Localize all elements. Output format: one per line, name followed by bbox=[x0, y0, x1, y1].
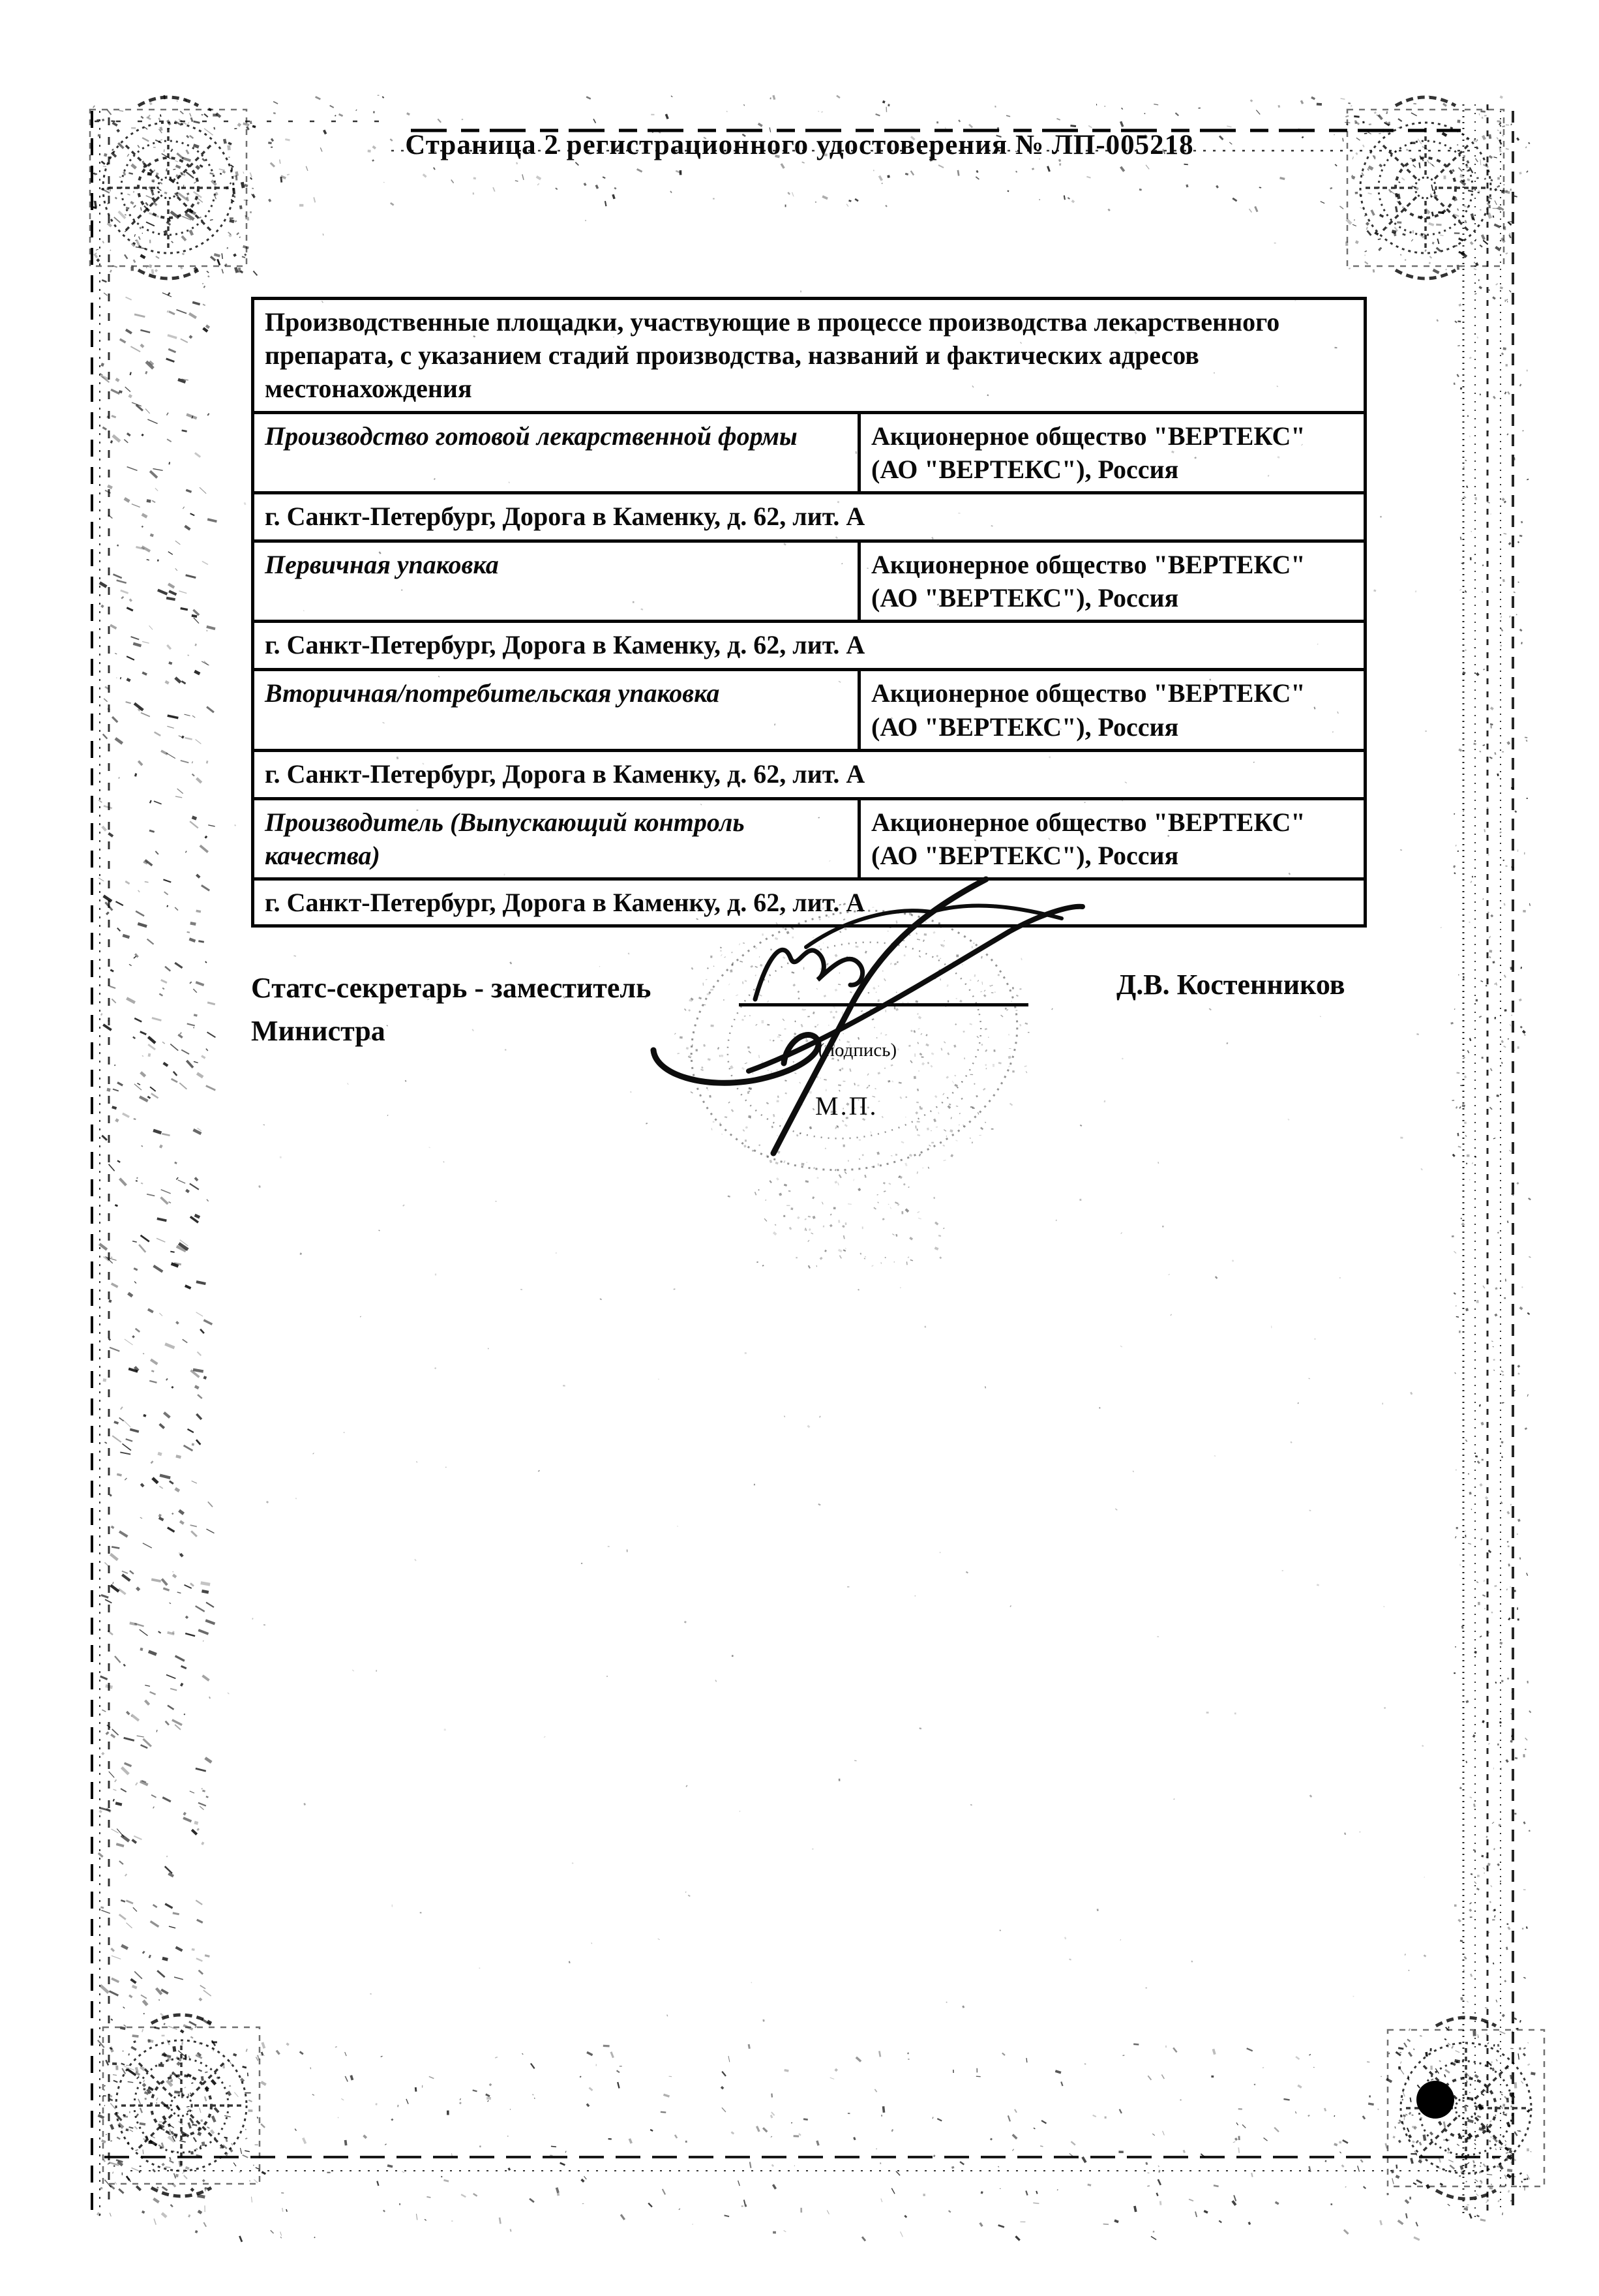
stage-cell: Первичная упаковка bbox=[253, 541, 859, 621]
table-header-cell: Производственные площадки, участвующие в… bbox=[253, 299, 1366, 413]
official-stamp bbox=[667, 881, 1041, 1200]
address-cell: г. Санкт-Петербург, Дорога в Каменку, д.… bbox=[253, 622, 1366, 670]
table-row: г. Санкт-Петербург, Дорога в Каменку, д.… bbox=[253, 879, 1366, 926]
seal-place-label: М.П. bbox=[815, 1091, 878, 1121]
address-cell: г. Санкт-Петербург, Дорога в Каменку, д.… bbox=[253, 750, 1366, 798]
signer-name: Д.В. Костенников bbox=[1116, 968, 1345, 1001]
address-cell: г. Санкт-Петербург, Дорога в Каменку, д.… bbox=[253, 492, 1366, 541]
stage-cell: Производство готовой лекарственной формы bbox=[253, 412, 859, 492]
address-cell: г. Санкт-Петербург, Дорога в Каменку, д.… bbox=[253, 879, 1366, 926]
table-row: Производственные площадки, участвующие в… bbox=[253, 299, 1366, 413]
table-row: г. Санкт-Петербург, Дорога в Каменку, д.… bbox=[253, 750, 1366, 798]
stage-cell: Производитель (Выпускающий контроль каче… bbox=[253, 798, 859, 879]
signature-line bbox=[739, 1003, 1028, 1006]
corner-rosettes bbox=[90, 97, 1544, 2199]
document-page: Страница 2 регистрационного удостоверени… bbox=[0, 0, 1599, 2296]
guilloche-border bbox=[0, 0, 1599, 2296]
table-row: г. Санкт-Петербург, Дорога в Каменку, д.… bbox=[253, 492, 1366, 541]
scan-noise-layer bbox=[91, 95, 1536, 2243]
company-cell: Акционерное общество "ВЕРТЕКС" (АО "ВЕРТ… bbox=[859, 798, 1366, 879]
page-title: Страница 2 регистрационного удостоверени… bbox=[0, 129, 1599, 161]
signature-scribble bbox=[0, 0, 1599, 2296]
signer-position: Статс-секретарь - заместитель Министра bbox=[251, 967, 651, 1053]
black-dot bbox=[1416, 2081, 1454, 2119]
signature-caption: (подпись) bbox=[773, 1040, 942, 1061]
table-row: Вторичная/потребительская упаковка Акцио… bbox=[253, 670, 1366, 750]
signer-position-line1: Статс-секретарь - заместитель bbox=[251, 967, 651, 1010]
table-row: Производство готовой лекарственной формы… bbox=[253, 412, 1366, 492]
company-cell: Акционерное общество "ВЕРТЕКС" (АО "ВЕРТ… bbox=[859, 541, 1366, 621]
production-sites-table: Производственные площадки, участвующие в… bbox=[251, 297, 1367, 928]
table-row: г. Санкт-Петербург, Дорога в Каменку, д.… bbox=[253, 622, 1366, 670]
company-cell: Акционерное общество "ВЕРТЕКС" (АО "ВЕРТ… bbox=[859, 670, 1366, 750]
table-row: Производитель (Выпускающий контроль каче… bbox=[253, 798, 1366, 879]
stage-cell: Вторичная/потребительская упаковка bbox=[253, 670, 859, 750]
signer-position-line2: Министра bbox=[251, 1010, 651, 1053]
table-row: Первичная упаковка Акционерное общество … bbox=[253, 541, 1366, 621]
border-rules bbox=[92, 104, 1513, 2218]
company-cell: Акционерное общество "ВЕРТЕКС" (АО "ВЕРТ… bbox=[859, 412, 1366, 492]
